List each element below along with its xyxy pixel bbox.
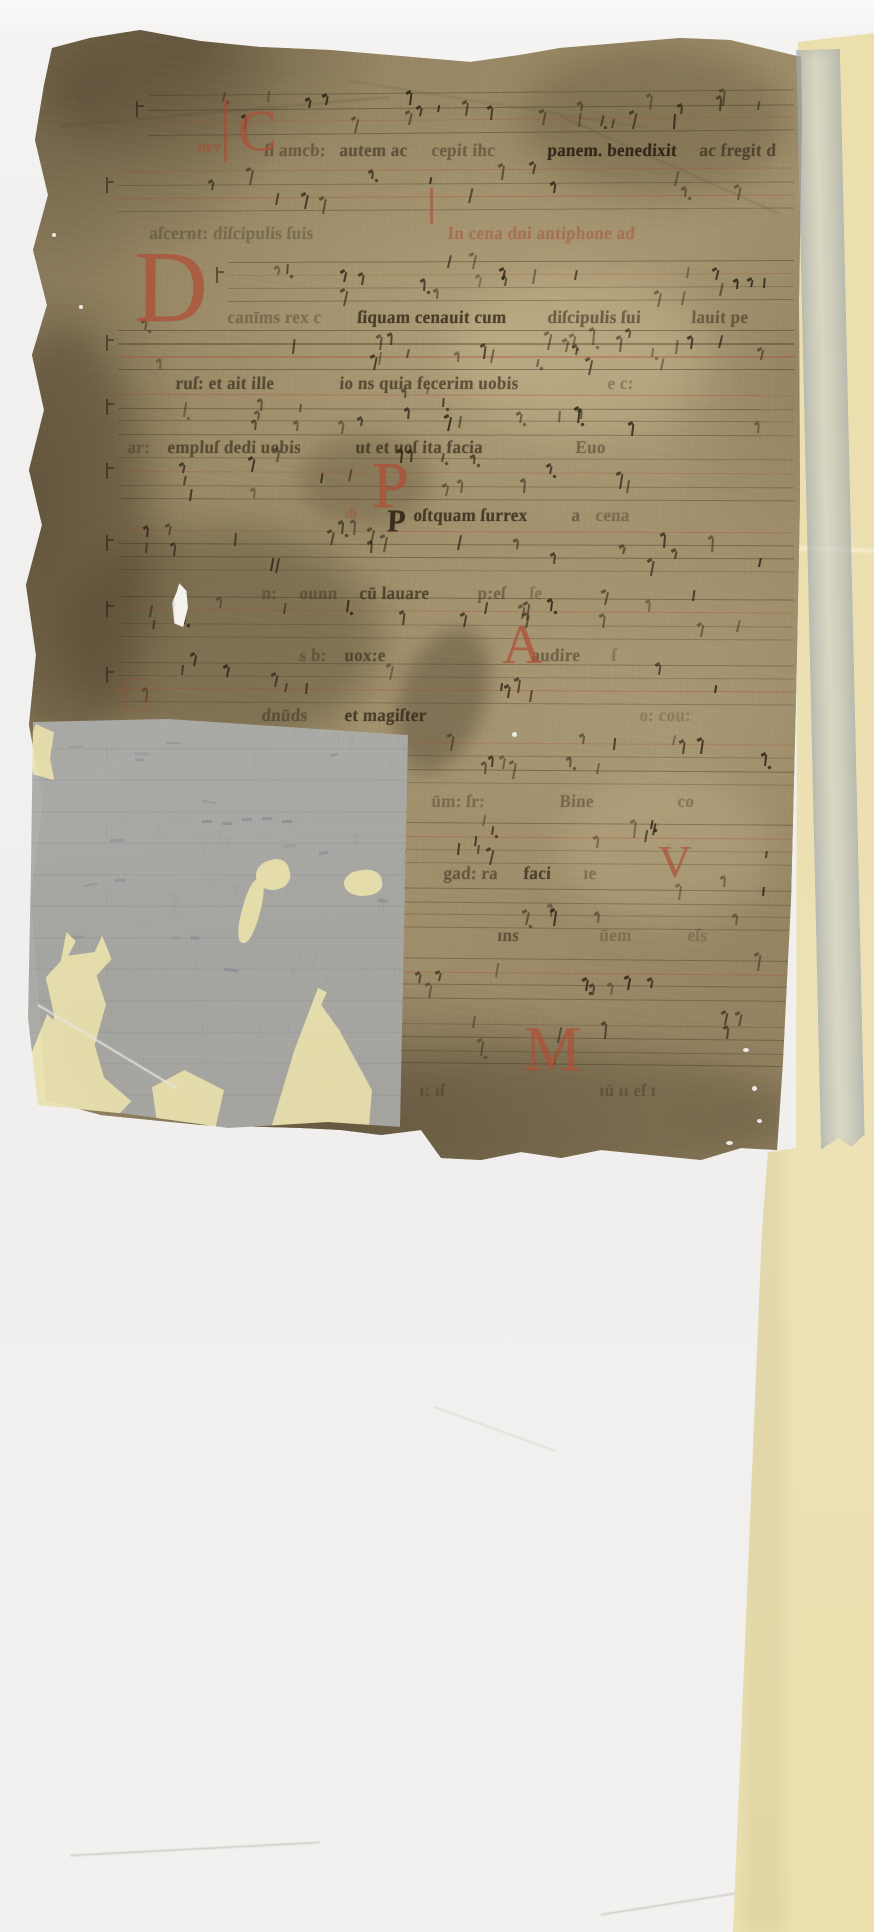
text-fragment: uox:e <box>344 646 386 664</box>
neume-mark <box>409 93 412 105</box>
neume-dot <box>349 611 353 615</box>
neume-dot <box>595 345 599 349</box>
staff-line <box>118 609 794 614</box>
neume-mark <box>292 339 296 354</box>
neume-mark <box>257 413 260 420</box>
neume-dot <box>767 765 771 769</box>
neume-mark <box>580 104 583 111</box>
neume-mark <box>438 973 442 981</box>
text-fragment: ac fregit d <box>699 141 777 159</box>
text-fragment: co <box>677 792 695 810</box>
neume-dot <box>374 179 378 183</box>
text-fragment: ſiquam cenauit cum <box>357 308 507 326</box>
illuminated-initial: C <box>238 108 277 153</box>
neume-head <box>486 847 492 852</box>
text-fragment: faci <box>523 864 552 882</box>
neume-mark <box>419 108 423 116</box>
neume-mark <box>736 281 739 289</box>
neume-head <box>318 196 324 201</box>
neume-mark <box>402 613 405 625</box>
red-divider <box>224 98 227 162</box>
show-through-neume <box>134 752 149 756</box>
neume-mark <box>553 911 557 927</box>
neume-dot <box>476 463 480 467</box>
staff-line <box>118 662 794 667</box>
neume-mark <box>341 423 345 434</box>
neume-mark <box>458 416 462 428</box>
backing-crease <box>601 1890 749 1915</box>
neume-mark <box>686 267 690 278</box>
neume-head <box>734 1011 740 1016</box>
illuminated-initial: D <box>134 248 208 328</box>
staff-line <box>118 675 794 680</box>
staff-line <box>118 408 794 411</box>
neume-mark <box>502 758 506 770</box>
neume-mark <box>348 469 352 481</box>
neume-mark <box>674 171 679 186</box>
staff-line <box>118 688 794 693</box>
neume-mark <box>650 980 654 988</box>
neume-head <box>629 110 635 115</box>
illuminated-initial: M <box>524 1024 581 1074</box>
show-through-neume <box>378 899 389 903</box>
text-fragment: autem ac <box>339 141 408 159</box>
show-through-neume <box>172 936 180 940</box>
scanned-page: ſi amcb:autem accepit ihcpanem. benedixi… <box>0 0 874 1932</box>
text-fragment: dnūds <box>261 706 308 724</box>
tissue-overlay <box>28 718 410 1130</box>
neume-mark <box>660 358 665 370</box>
neume-mark <box>723 878 726 887</box>
neume-head <box>600 589 606 594</box>
show-through-neume <box>202 800 216 804</box>
neume-dot <box>345 533 349 537</box>
text-fragment: cū lauare <box>359 584 430 602</box>
neume-mark <box>650 561 655 576</box>
neume-mark <box>428 985 432 998</box>
clef-mark <box>106 667 108 683</box>
neume-mark <box>764 755 767 766</box>
neume-mark <box>360 419 363 427</box>
neume-mark <box>491 826 494 836</box>
neume-dot <box>186 624 190 628</box>
pinhole <box>757 1119 762 1123</box>
neume-mark <box>611 119 615 128</box>
neume-mark <box>423 281 426 291</box>
neume-mark <box>320 473 324 483</box>
staff-line <box>118 194 794 199</box>
neume-mark <box>673 114 676 129</box>
staff-line <box>118 623 794 628</box>
neume-mark <box>758 558 762 567</box>
clef-mark <box>106 399 108 415</box>
show-through-neume <box>282 820 292 823</box>
neume-head <box>340 288 346 293</box>
text-fragment: ruſ: et ait ille <box>175 374 275 392</box>
neume-dot <box>604 125 608 129</box>
show-through-neume <box>68 745 82 748</box>
neume-head <box>508 760 514 765</box>
staff-line <box>228 286 794 289</box>
neume-mark <box>627 978 631 990</box>
neume-mark <box>146 528 149 537</box>
clef-mark <box>106 335 108 351</box>
neume-mark <box>482 815 486 827</box>
staff-line <box>118 369 794 370</box>
neume-mark <box>610 985 614 996</box>
neume-mark <box>447 417 452 431</box>
neume-mark <box>724 1013 728 1025</box>
pinhole <box>743 1048 749 1052</box>
neume-mark <box>343 272 347 282</box>
text-fragment: oſtquam ſurrex <box>413 506 528 524</box>
neume-mark <box>682 742 686 754</box>
text-fragment: ı: ıſ <box>419 1081 446 1099</box>
staff-line <box>118 330 794 331</box>
neume-mark <box>181 665 184 675</box>
neume-mark <box>389 666 394 680</box>
staff-line <box>148 90 794 97</box>
neume-mark <box>457 354 460 362</box>
neume-mark <box>596 838 599 849</box>
clef-mark <box>216 267 218 283</box>
neume-head <box>444 414 450 419</box>
show-through-neume <box>222 822 232 825</box>
pinhole <box>726 1141 733 1145</box>
neume-mark <box>516 541 519 549</box>
neume-mark <box>484 764 487 775</box>
staff-line <box>118 168 794 173</box>
neume-mark <box>341 523 344 534</box>
neume-mark <box>711 538 714 552</box>
neume-mark <box>622 547 626 555</box>
neume-mark <box>445 486 449 496</box>
show-through-neume <box>242 818 252 821</box>
neume-mark <box>760 350 764 360</box>
staff-line <box>118 181 794 186</box>
neume-mark <box>644 830 648 842</box>
neume-mark <box>592 986 595 995</box>
text-fragment: ūm: ſr: <box>431 792 486 810</box>
neume-mark <box>353 522 356 536</box>
neume-mark <box>757 424 760 433</box>
neume-dot <box>688 196 692 200</box>
show-through-neume <box>110 839 125 843</box>
text-fragment: canīms rex c <box>227 308 322 326</box>
text-fragment: diſcipulis ſui <box>547 308 641 326</box>
staff-line <box>118 701 794 706</box>
neume-mark <box>361 275 365 285</box>
pinhole <box>52 233 56 237</box>
illuminated-initial: P <box>372 460 409 511</box>
neume-mark <box>757 955 761 971</box>
illuminated-initial: V <box>658 844 691 880</box>
text-fragment: n: <box>261 584 278 602</box>
neume-mark <box>370 543 373 553</box>
neume-mark <box>183 476 187 485</box>
text-fragment: a <box>571 506 581 524</box>
neume-mark <box>600 115 605 126</box>
neume-mark <box>251 459 255 472</box>
show-through-neume <box>224 968 239 972</box>
neume-mark <box>495 963 499 977</box>
staff-line <box>118 420 794 423</box>
text-fragment: cena <box>595 506 630 524</box>
show-through-neume <box>330 753 339 758</box>
show-through-neume <box>135 758 144 762</box>
neume-mark <box>578 113 582 127</box>
neume-mark <box>480 1041 484 1056</box>
staff-line <box>118 471 794 475</box>
text-fragment: lauit pe <box>691 308 749 326</box>
staff-line <box>118 356 794 357</box>
neume-mark <box>718 335 723 348</box>
neume-mark <box>648 602 651 612</box>
neume-head <box>654 290 660 295</box>
text-fragment: Bine <box>559 792 594 810</box>
neume-mark <box>407 410 410 419</box>
neume-mark <box>378 352 382 365</box>
neume-mark <box>536 359 540 367</box>
neume-mark <box>474 836 477 846</box>
staff-line <box>118 569 794 573</box>
neume-mark <box>550 601 553 611</box>
neume-mark <box>436 291 439 299</box>
neume-mark <box>553 184 556 193</box>
backing-crease <box>434 1406 557 1452</box>
neume-mark <box>565 341 569 352</box>
staff-line <box>118 457 794 461</box>
staff-line <box>118 636 794 641</box>
neume-mark <box>457 843 460 855</box>
neume-mark <box>632 113 638 129</box>
neume-head <box>446 733 452 738</box>
neume-mark <box>299 404 302 412</box>
text-fragment: ar: <box>127 438 151 456</box>
text-fragment: ıns <box>497 926 520 944</box>
staff-line <box>228 260 794 263</box>
neume-mark <box>547 334 552 350</box>
neume-dot <box>444 462 448 466</box>
staff-line <box>118 208 794 213</box>
backing-crease <box>70 1841 320 1856</box>
neume-mark <box>457 535 462 550</box>
neume-mark <box>649 96 653 110</box>
neume-mark <box>700 740 704 754</box>
neume-mark <box>532 269 537 284</box>
neume-mark <box>308 100 312 108</box>
neume-mark <box>325 96 329 106</box>
neume-mark <box>681 292 686 306</box>
show-through-neume <box>202 820 212 823</box>
neume-mark <box>173 545 176 556</box>
text-fragment: empluſ dedi uobis <box>167 438 302 456</box>
text-fragment: gad: ra <box>443 864 498 882</box>
staff-line <box>118 556 794 560</box>
text-fragment: Euo <box>575 438 606 456</box>
neume-dot <box>576 347 580 351</box>
pinhole <box>512 732 517 737</box>
neume-mark <box>465 103 469 116</box>
show-through-neume <box>262 817 272 820</box>
neume-mark <box>529 690 533 702</box>
neume-mark <box>507 687 511 698</box>
show-through-neume <box>319 851 328 855</box>
neume-mark <box>296 423 299 431</box>
neume-mark <box>418 974 422 984</box>
clef-mark <box>106 535 108 551</box>
illuminated-initial: G <box>118 676 156 717</box>
neume-mark <box>145 543 148 553</box>
rubric-text: ıh <box>345 506 357 520</box>
text-fragment: eſs <box>687 926 708 944</box>
neume-mark <box>472 1016 476 1028</box>
text-fragment: In cena dni antiphone ad <box>447 224 636 242</box>
neume-mark <box>286 264 289 274</box>
neume-mark <box>283 603 287 614</box>
clef-mark <box>136 101 138 117</box>
neume-mark <box>763 278 766 288</box>
staff-line <box>118 543 794 547</box>
neume-mark <box>719 283 724 296</box>
neume-dot <box>523 422 527 426</box>
text-fragment: ıū ıı eſ ı <box>599 1081 656 1099</box>
neume-mark <box>680 106 683 114</box>
pinhole <box>752 1086 757 1091</box>
rubric-text: nev <box>197 140 221 156</box>
text-fragment: s b: <box>299 646 327 664</box>
neume-mark <box>253 490 256 498</box>
illuminated-initial: A <box>502 624 542 668</box>
staff-line <box>118 394 794 397</box>
neume-mark <box>504 278 507 286</box>
show-through-neume <box>83 883 98 888</box>
neume-mark <box>322 199 327 214</box>
staff-line <box>118 485 794 489</box>
neume-mark <box>437 105 440 112</box>
show-through-neume <box>166 742 181 744</box>
neume-dot <box>483 1055 487 1059</box>
staff-line <box>228 299 794 302</box>
neume-mark <box>678 886 682 900</box>
text-fragment: et magiſter <box>344 706 427 724</box>
neume-mark <box>442 398 445 407</box>
neume-mark <box>254 422 257 430</box>
staff-line <box>118 530 794 534</box>
pinhole <box>79 305 83 309</box>
red-divider <box>430 188 433 224</box>
neume-mark <box>553 555 556 564</box>
neume-dot <box>494 835 498 839</box>
neume-dot <box>426 290 430 294</box>
neume-mark <box>234 533 237 546</box>
show-through-neume <box>113 878 125 881</box>
text-fragment: panem. benedixit <box>547 141 677 159</box>
staff-line <box>228 273 794 276</box>
neume-mark <box>404 391 407 398</box>
neume-mark <box>619 338 623 352</box>
neume-mark <box>512 764 517 780</box>
text-fragment: ūem <box>599 926 632 944</box>
neume-mark <box>765 851 768 858</box>
clef-mark <box>106 177 108 193</box>
show-through-neume <box>283 844 296 848</box>
staff-line <box>118 498 794 502</box>
text-fragment: ounn <box>299 584 338 602</box>
show-through-neume <box>190 936 198 940</box>
neume-mark <box>569 759 572 767</box>
neume-mark <box>675 340 679 354</box>
neume-head <box>543 331 549 336</box>
neume-mark <box>738 1014 743 1026</box>
neume-mark <box>159 361 162 369</box>
neume-mark <box>211 182 214 190</box>
paper-shading <box>744 1150 784 1932</box>
neume-mark <box>149 605 153 617</box>
neume-dot <box>186 416 190 420</box>
neume-mark <box>762 887 765 897</box>
text-fragment: ıe <box>583 864 597 882</box>
neume-mark <box>491 758 494 767</box>
neume-mark <box>249 170 254 185</box>
neume-mark <box>715 270 719 280</box>
neume-dot <box>553 610 557 614</box>
text-fragment: cepit ihc <box>431 141 496 159</box>
neume-mark <box>275 193 279 205</box>
neume-mark <box>658 665 661 675</box>
neume-mark <box>219 599 222 608</box>
neume-mark <box>517 680 521 693</box>
text-fragment: e c: <box>607 374 634 392</box>
text-fragment: o: cou: <box>639 706 692 724</box>
text-fragment: ſ <box>611 646 617 664</box>
clef-mark <box>106 463 108 479</box>
clef-mark <box>106 601 108 617</box>
neume-mark <box>726 1028 729 1039</box>
neume-dot <box>581 423 585 427</box>
neume-mark <box>193 655 197 666</box>
neume-head <box>386 663 392 668</box>
neume-mark <box>596 763 600 774</box>
neume-dot <box>553 474 557 478</box>
neume-mark <box>343 291 348 306</box>
neume-mark <box>597 914 600 923</box>
